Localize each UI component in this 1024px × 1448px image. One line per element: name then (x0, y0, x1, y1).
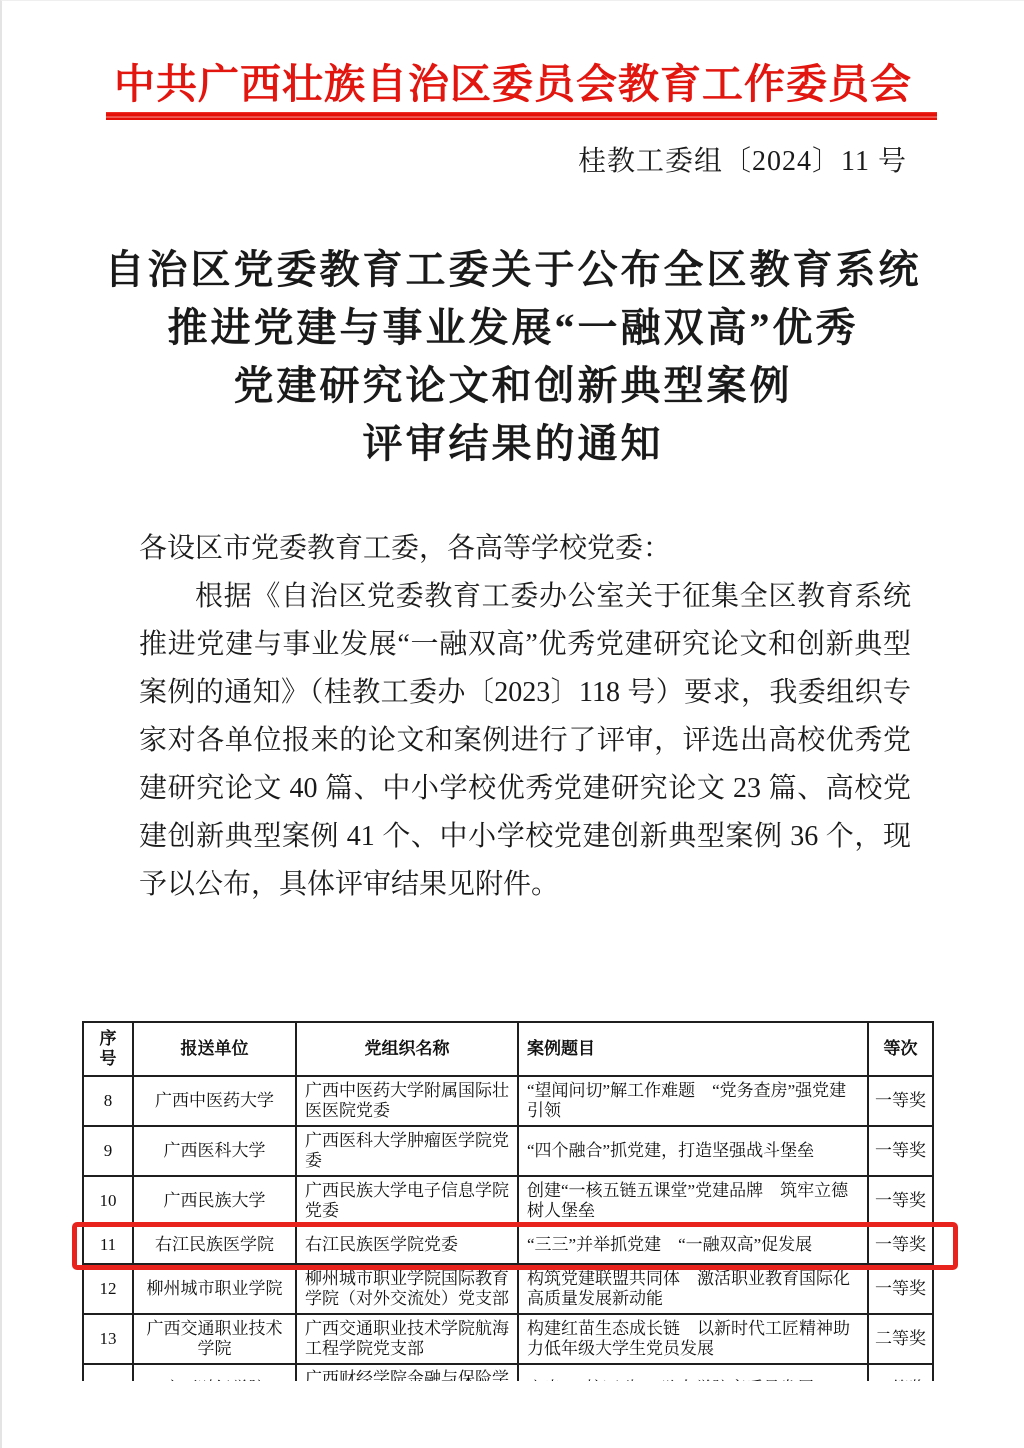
table-cell: 10 (83, 1176, 133, 1226)
table-header-row: 序号报送单位党组织名称案例题目等次 (83, 1022, 933, 1076)
table-row: 11右江民族医学院右江民族医学院党委“三三”并举抓党建 “一融双高”促发展一等奖 (83, 1226, 933, 1264)
doc-number: 桂教工委组〔2024〕11 号 (139, 139, 907, 179)
table-cell: 广西财经学院 (133, 1364, 296, 1381)
salutation: 各设区市党委教育工委，各高等学校党委： (139, 525, 911, 573)
header-cell: 序号 (83, 1022, 133, 1076)
body-paragraph: 根据《自治区党委教育工委办公室关于征集全区教育系统推进党建与事业发展“一融双高”… (139, 573, 911, 909)
header-cell: 报送单位 (133, 1022, 296, 1076)
title-line: 自治区党委教育工委关于公布全区教育系统 (2, 241, 1024, 299)
table-cell: 广西中医药大学 (133, 1076, 296, 1126)
table-cell: 柳州城市职业学院 (133, 1264, 296, 1314)
table-cell: 柳州城市职业学院国际教育学院（对外交流处）党支部 (296, 1264, 518, 1314)
table-cell: 一等奖 (868, 1126, 933, 1176)
table-row: 9广西医科大学广西医科大学肿瘤医学院党委“四个融合”抓党建，打造坚强战斗堡垒一等… (83, 1126, 933, 1176)
table-cell: “望闻问切”解工作难题 “党务查房”强党建引领 (518, 1076, 868, 1126)
table-cell: 右江民族医学院 (133, 1226, 296, 1264)
table-cell: 12 (83, 1264, 133, 1314)
table-cell: 广西医科大学 (133, 1126, 296, 1176)
table-row: 12柳州城市职业学院柳州城市职业学院国际教育学院（对外交流处）党支部构筑党建联盟… (83, 1264, 933, 1314)
header-cell: 党组织名称 (296, 1022, 518, 1076)
table-cell: 突出“一核四融”，助力学院高质量发展 (518, 1364, 868, 1381)
title-line: 党建研究论文和创新典型案例 (2, 357, 1024, 415)
table-cell: 广西医科大学肿瘤医学院党委 (296, 1126, 518, 1176)
header-cell: 等次 (868, 1022, 933, 1076)
table-cell: 一等奖 (868, 1226, 933, 1264)
results-table: 序号报送单位党组织名称案例题目等次 8广西中医药大学广西中医药大学附属国际壮医医… (82, 1021, 934, 1381)
notice-body: 各设区市党委教育工委，各高等学校党委： 根据《自治区党委教育工委办公室关于征集全… (139, 525, 911, 909)
table-cell: “三三”并举抓党建 “一融双高”促发展 (518, 1226, 868, 1264)
title-line: 推进党建与事业发展“一融双高”优秀 (2, 299, 1024, 357)
table-cell: 构筑党建联盟共同体 激活职业教育国际化高质量发展新动能 (518, 1264, 868, 1314)
table-row: 10广西民族大学广西民族大学电子信息学院党委创建“一核五链五课堂”党建品牌 筑牢… (83, 1176, 933, 1226)
results-table-container: 序号报送单位党组织名称案例题目等次 8广西中医药大学广西中医药大学附属国际壮医医… (82, 1021, 936, 1381)
table-cell: 一等奖 (868, 1076, 933, 1126)
table-cell: 广西交通职业技术学院航海工程学院党支部 (296, 1314, 518, 1364)
document-page: 中共广西壮族自治区委员会教育工作委员会 桂教工委组〔2024〕11 号 自治区党… (0, 0, 1024, 1448)
table-cell: 广西中医药大学附属国际壮医医院党委 (296, 1076, 518, 1126)
results-table-body: 8广西中医药大学广西中医药大学附属国际壮医医院党委“望闻问切”解工作难题 “党务… (83, 1076, 933, 1381)
table-cell: 广西交通职业技术学院 (133, 1314, 296, 1364)
table-cell: “四个融合”抓党建，打造坚强战斗堡垒 (518, 1126, 868, 1176)
table-cell: 广西民族大学 (133, 1176, 296, 1226)
table-cell: 广西财经学院金融与保险学院教工第一党支部 (296, 1364, 518, 1381)
table-row: 8广西中医药大学广西中医药大学附属国际壮医医院党委“望闻问切”解工作难题 “党务… (83, 1076, 933, 1126)
notice-title: 自治区党委教育工委关于公布全区教育系统 推进党建与事业发展“一融双高”优秀 党建… (2, 241, 1024, 473)
table-row: 13广西交通职业技术学院广西交通职业技术学院航海工程学院党支部构建红苗生态成长链… (83, 1314, 933, 1364)
table-cell: 广西民族大学电子信息学院党委 (296, 1176, 518, 1226)
table-cell: 一等奖 (868, 1264, 933, 1314)
table-cell: 8 (83, 1076, 133, 1126)
red-divider-line (106, 112, 937, 120)
letterhead-title: 中共广西壮族自治区委员会教育工作委员会 (2, 51, 1024, 110)
title-line: 评审结果的通知 (2, 415, 1024, 473)
table-cell: 14 (83, 1364, 133, 1381)
table-cell: 右江民族医学院党委 (296, 1226, 518, 1264)
table-cell: 构建红苗生态成长链 以新时代工匠精神助力低年级大学生党员发展 (518, 1314, 868, 1364)
table-cell: 一等奖 (868, 1176, 933, 1226)
table-row: 14广西财经学院广西财经学院金融与保险学院教工第一党支部突出“一核四融”，助力学… (83, 1364, 933, 1381)
table-cell: 11 (83, 1226, 133, 1264)
table-cell: 9 (83, 1126, 133, 1176)
table-cell: 二等奖 (868, 1314, 933, 1364)
table-cell: 创建“一核五链五课堂”党建品牌 筑牢立德树人堡垒 (518, 1176, 868, 1226)
header-cell: 案例题目 (518, 1022, 868, 1076)
table-cell: 二等奖 (868, 1364, 933, 1381)
table-cell: 13 (83, 1314, 133, 1364)
